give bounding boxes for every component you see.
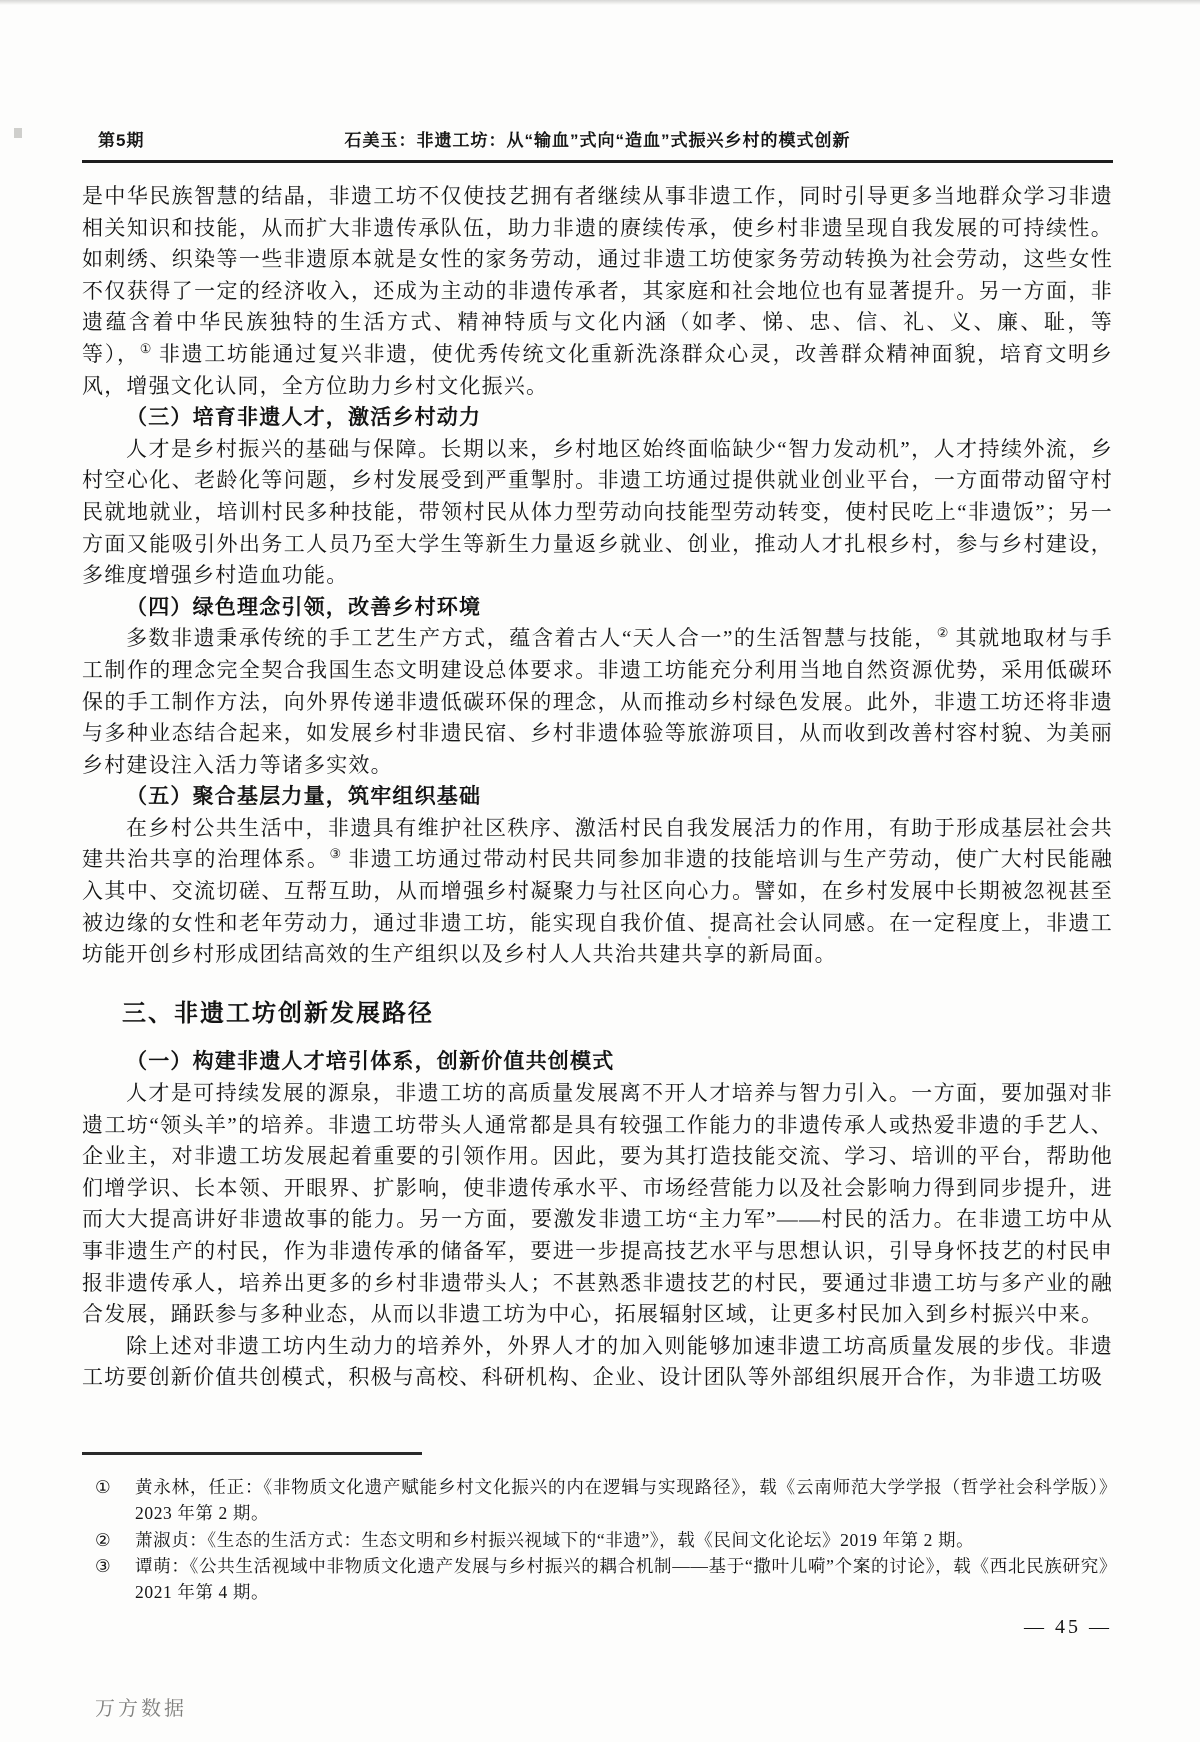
footnote-ref-1: ① [140,341,152,356]
footnote-text: 谭萌：《公共生活视域中非物质文化遗产发展与乡村振兴的耦合机制——基于“撒叶儿嗬”… [135,1553,1117,1606]
page-number: — 45 — [1024,1616,1112,1639]
body-paragraph: 是中华民族智慧的结晶，非遗工坊不仅使技艺拥有者继续从事非遗工作，同时引导更多当地… [82,181,1113,402]
footnote-text: 萧淑贞：《生态的生活方式：生态文明和乡村振兴视域下的“非遗”》，载《民间文化论坛… [135,1527,1117,1553]
paragraph-text: 是中华民族智慧的结晶，非遗工坊不仅使技艺拥有者继续从事非遗工作，同时引导更多当地… [82,184,1113,366]
scan-artifact-top-edge [0,0,1200,5]
footnote-item-1: ① 黄永林，任正：《非物质文化遗产赋能乡村文化振兴的内在逻辑与实现路径》，载《云… [95,1474,1117,1527]
page-header: 第5期 石美玉：非遗工坊：从“输血”式向“造血”式振兴乡村的模式创新 [82,126,1113,150]
footnote-marker: ① [95,1474,135,1527]
body-paragraph: 除上述对非遗工坊内生动力的培养外，外界人才的加入则能够加速非遗工坊高质量发展的步… [82,1331,1113,1394]
wanfang-watermark: 万方数据 [95,1692,187,1721]
body-paragraph: 人才是乡村振兴的基础与保障。长期以来，乡村地区始终面临缺少“智力发动机”，人才持… [82,434,1113,592]
paragraph-text: 多数非遗秉承传统的手工艺生产方式，蕴含着古人“天人合一”的生活智慧与技能， [126,626,937,650]
paragraph-text: 非遗工坊能通过复兴非遗，使优秀传统文化重新洗涤群众心灵，改善群众精神面貌，培育文… [82,342,1113,398]
article-body: 是中华民族智慧的结晶，非遗工坊不仅使技艺拥有者继续从事非遗工作，同时引导更多当地… [82,181,1113,1394]
body-paragraph: 在乡村公共生活中，非遗具有维护社区秩序、激活村民自我发展活力的作用，有助于形成基… [82,813,1113,971]
journal-page: 第5期 石美玉：非遗工坊：从“输血”式向“造血”式振兴乡村的模式创新 是中华民族… [0,0,1200,1742]
footnote-separator-rule [82,1452,422,1455]
footnote-marker: ③ [95,1553,135,1606]
header-rule [82,160,1113,163]
footnote-marker: ② [95,1527,135,1553]
footnote-item-2: ② 萧淑贞：《生态的生活方式：生态文明和乡村振兴视域下的“非遗”》，载《民间文化… [95,1527,1117,1553]
running-title: 石美玉：非遗工坊：从“输血”式向“造血”式振兴乡村的模式创新 [82,126,1113,151]
subheading-3: （三）培育非遗人才，激活乡村动力 [82,402,1113,434]
subheading-5: （五）聚合基层力量，筑牢组织基础 [82,781,1113,813]
subheading-4: （四）绿色理念引领，改善乡村环境 [82,592,1113,624]
footnote-text: 黄永林，任正：《非物质文化遗产赋能乡村文化振兴的内在逻辑与实现路径》，载《云南师… [135,1474,1117,1527]
body-paragraph: 人才是可持续发展的源泉，非遗工坊的高质量发展离不开人才培养与智力引入。一方面，要… [82,1078,1113,1331]
footnotes: ① 黄永林，任正：《非物质文化遗产赋能乡村文化振兴的内在逻辑与实现路径》，载《云… [95,1474,1117,1605]
footnote-ref-2: ② [937,625,949,640]
footnote-item-3: ③ 谭萌：《公共生活视域中非物质文化遗产发展与乡村振兴的耦合机制——基于“撒叶儿… [95,1553,1117,1606]
subheading-1: （一）构建非遗人才培引体系，创新价值共创模式 [82,1046,1113,1078]
footnote-ref-3: ③ [330,846,342,861]
section-heading-3: 三、非遗工坊创新发展路径 [82,998,1113,1030]
body-paragraph: 多数非遗秉承传统的手工艺生产方式，蕴含着古人“天人合一”的生活智慧与技能，② 其… [82,623,1113,781]
scan-artifact-left-mark [14,128,22,138]
